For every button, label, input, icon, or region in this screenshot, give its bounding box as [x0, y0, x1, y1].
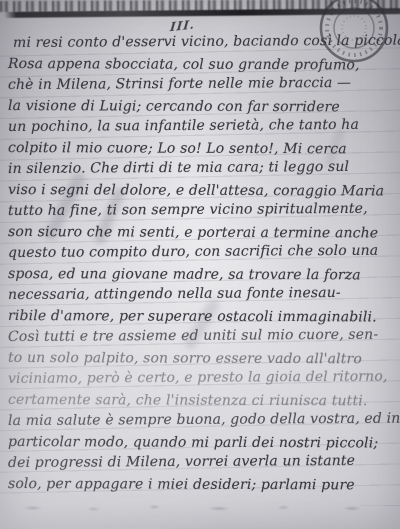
handwritten-line: questo tuo compito duro, con sacrifici c…	[8, 241, 398, 264]
handwritten-line: tutto ha fine, ti son sempre vicino spir…	[8, 199, 398, 222]
handwritten-line: solo, per appagare i miei desideri; parl…	[8, 474, 398, 496]
bottom-ink-smudges	[10, 503, 390, 513]
handwritten-line: mi resi conto d'esservi vicino, baciando…	[8, 31, 398, 54]
handwritten-line: la mia salute è sempre buona, godo della…	[8, 409, 398, 432]
handwritten-line: un pochino, la sua infantile serietà, ch…	[8, 115, 398, 138]
handwritten-line: Così tutti e tre assieme ed uniti sul mi…	[8, 325, 398, 348]
handwritten-line: chè in Milena, Strinsi forte nelle mie b…	[8, 73, 398, 96]
handwritten-letter-photo: III. mi resi conto d'esservi vicino, bac…	[0, 0, 400, 529]
handwritten-line: dei progressi di Milena, vorrei averla u…	[8, 451, 398, 474]
handwritten-line: in silenzio. Che dirti di te mia cara; t…	[8, 157, 398, 180]
letter-body: mi resi conto d'esservi vicino, baciando…	[8, 33, 398, 495]
handwritten-line: necessaria, attingendo nella sua fonte i…	[8, 283, 398, 306]
handwritten-line: viciniamo, però è certo, e presto la gio…	[8, 367, 398, 390]
